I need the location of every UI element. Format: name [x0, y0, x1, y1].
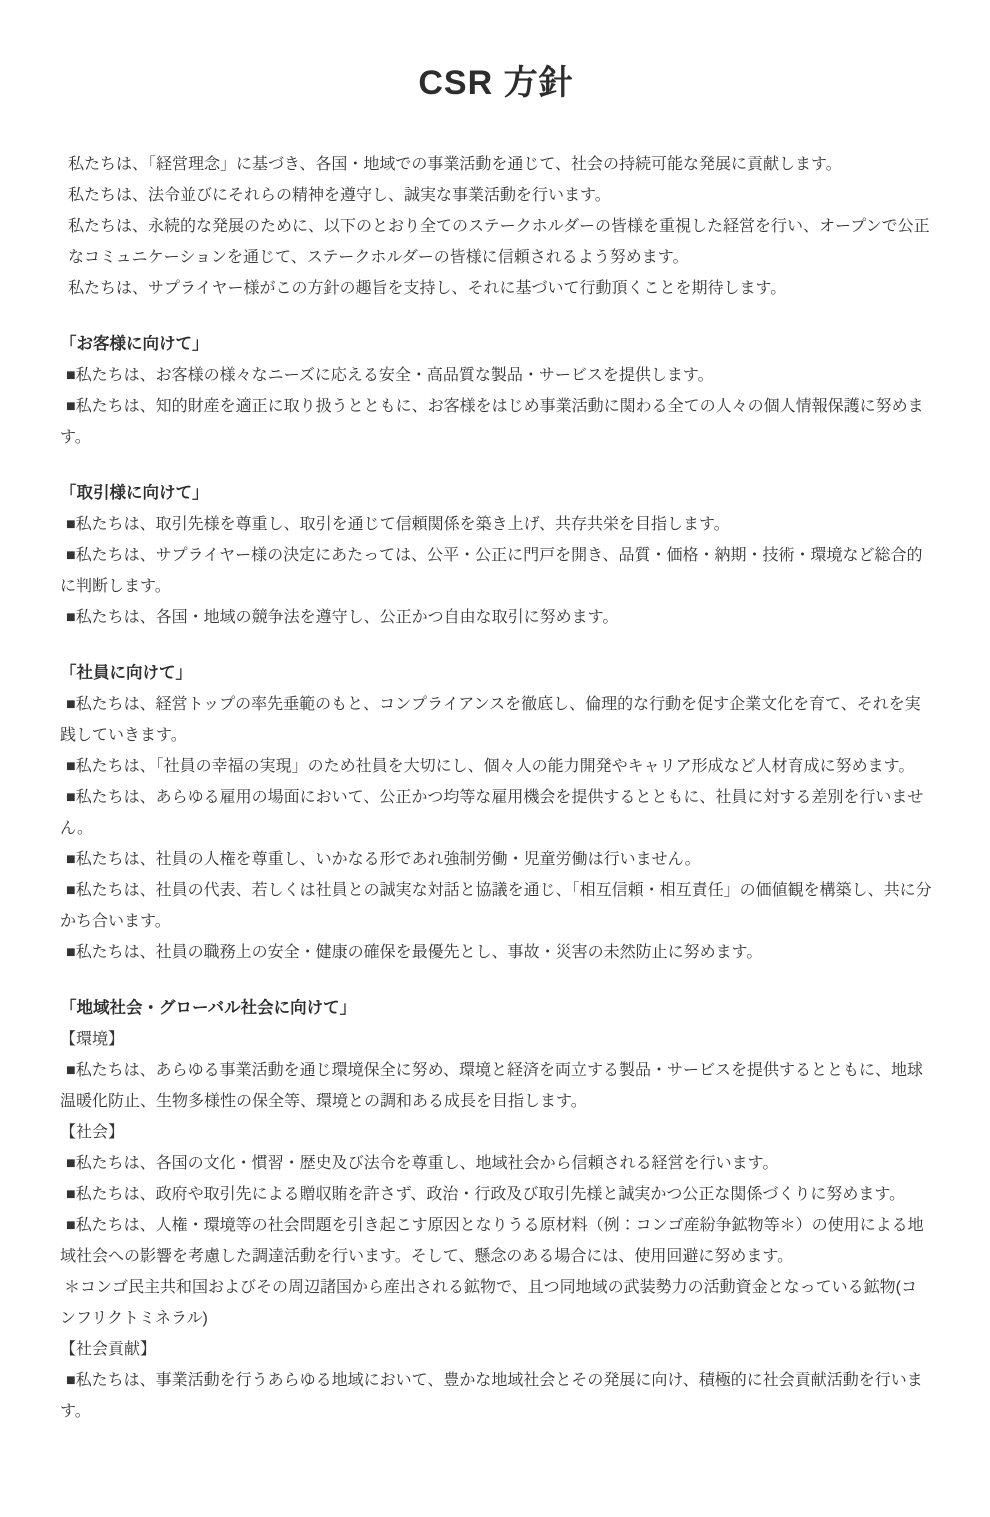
policy-bullet: ■私たちは、経営トップの率先垂範のもと、コンプライアンスを徹底し、倫理的な行動を…: [60, 689, 932, 751]
policy-bullet: ■私たちは、各国・地域の競争法を遵守し、公正かつ自由な取引に努めます。: [60, 602, 932, 633]
intro-paragraph: 私たちは、「経営理念」に基づき、各国・地域での事業活動を通じて、社会の持続可能な…: [60, 149, 932, 180]
policy-bullet: ■私たちは、各国の文化・慣習・歴史及び法令を尊重し、地域社会から信頼される経営を…: [60, 1148, 932, 1179]
footnote-conflict-minerals: ＊コンゴ民主共和国およびその周辺諸国から産出される鉱物で、且つ同地域の武装勢力の…: [60, 1272, 932, 1334]
document-page: CSR 方針 私たちは、「経営理念」に基づき、各国・地域での事業活動を通じて、社…: [0, 0, 990, 1517]
intro-paragraph: 私たちは、永続的な発展のために、以下のとおり全てのステークホルダーの皆様を重視し…: [60, 211, 932, 273]
policy-bullet: ■私たちは、政府や取引先による贈収賄を許さず、政治・行政及び取引先様と誠実かつ公…: [60, 1179, 932, 1210]
subsection-label-society: 【社会】: [60, 1117, 932, 1148]
policy-bullet: ■私たちは、社員の代表、若しくは社員との誠実な対話と協議を通じ、「相互信頼・相互…: [60, 875, 932, 937]
policy-bullet: ■私たちは、知的財産を適正に取り扱うとともに、お客様をはじめ事業活動に関わる全て…: [60, 391, 932, 453]
section-heading: 「取引様に向けて」: [60, 478, 932, 509]
policy-bullet: ■私たちは、お客様の様々なニーズに応える安全・高品質な製品・サービスを提供します…: [60, 360, 932, 391]
intro-paragraph: 私たちは、法令並びにそれらの精神を遵守し、誠実な事業活動を行います。: [60, 180, 932, 211]
policy-bullet: ■私たちは、あらゆる雇用の場面において、公正かつ均等な雇用機会を提供するとともに…: [60, 782, 932, 844]
subsection-label-social-contribution: 【社会貢献】: [60, 1334, 932, 1365]
policy-bullet: ■私たちは、サプライヤー様の決定にあたっては、公平・公正に門戸を開き、品質・価格…: [60, 540, 932, 602]
subsection-label-environment: 【環境】: [60, 1024, 932, 1055]
page-title: CSR 方針: [60, 62, 932, 105]
section-employees: 「社員に向けて」 ■私たちは、経営トップの率先垂範のもと、コンプライアンスを徹底…: [60, 658, 932, 968]
section-heading: 「地域社会・グローバル社会に向けて」: [60, 993, 932, 1024]
policy-bullet: ■私たちは、取引先様を尊重し、取引を通じて信頼関係を築き上げ、共存共栄を目指しま…: [60, 509, 932, 540]
policy-bullet: ■私たちは、「社員の幸福の実現」のため社員を大切にし、個々人の能力開発やキャリア…: [60, 751, 932, 782]
section-community-global-society: 「地域社会・グローバル社会に向けて」 【環境】 ■私たちは、あらゆる事業活動を通…: [60, 993, 932, 1427]
intro-section: 私たちは、「経営理念」に基づき、各国・地域での事業活動を通じて、社会の持続可能な…: [60, 149, 932, 304]
policy-bullet: ■私たちは、社員の人権を尊重し、いかなる形であれ強制労働・児童労働は行いません。: [60, 844, 932, 875]
section-customers: 「お客様に向けて」 ■私たちは、お客様の様々なニーズに応える安全・高品質な製品・…: [60, 329, 932, 453]
section-business-partners: 「取引様に向けて」 ■私たちは、取引先様を尊重し、取引を通じて信頼関係を築き上げ…: [60, 478, 932, 633]
section-heading: 「お客様に向けて」: [60, 329, 932, 360]
policy-bullet: ■私たちは、事業活動を行うあらゆる地域において、豊かな地域社会とその発展に向け、…: [60, 1365, 932, 1427]
intro-paragraph: 私たちは、サプライヤー様がこの方針の趣旨を支持し、それに基づいて行動頂くことを期…: [60, 273, 932, 304]
policy-bullet: ■私たちは、あらゆる事業活動を通じ環境保全に努め、環境と経済を両立する製品・サー…: [60, 1055, 932, 1117]
policy-bullet: ■私たちは、人権・環境等の社会問題を引き起こす原因となりうる原材料（例：コンゴ産…: [60, 1210, 932, 1272]
policy-bullet: ■私たちは、社員の職務上の安全・健康の確保を最優先とし、事故・災害の未然防止に努…: [60, 937, 932, 968]
section-heading: 「社員に向けて」: [60, 658, 932, 689]
